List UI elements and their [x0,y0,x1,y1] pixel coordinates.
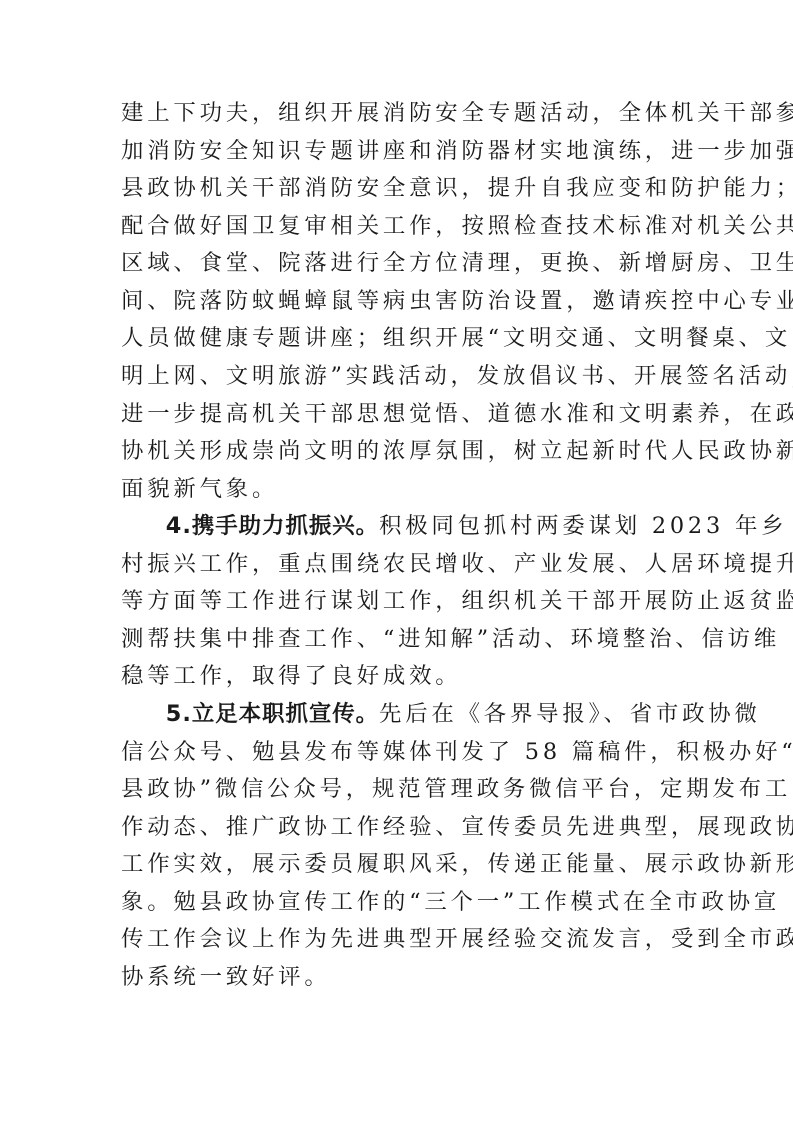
text-line: 面貌新气象。 [121,471,673,509]
text-line: 传工作会议上作为先进典型开展经验交流发言，受到全市政 [121,921,673,959]
text-line: 4.携手助力抓振兴。积极同包抓村两委谋划 2023 年乡 [121,508,673,546]
text-line: 协机关形成崇尚文明的浓厚氛围，树立起新时代人民政协新 [121,433,673,471]
text-line: 明上网、文明旅游”实践活动，发放倡议书、开展签名活动， [121,358,673,396]
document-page: 建上下功夫，组织开展消防安全专题活动，全体机关干部参 加消防安全知识专题讲座和消… [121,95,673,997]
text-line: 人员做健康专题讲座；组织开展“文明交通、文明餐桌、文 [121,320,673,358]
text-line: 区域、食堂、院落进行全方位清理，更换、新增厨房、卫生 [121,245,673,283]
text-line: 建上下功夫，组织开展消防安全专题活动，全体机关干部参 [121,95,673,133]
item-heading: 5.立足本职抓宣传。 [166,701,379,727]
paragraph-continuation: 建上下功夫，组织开展消防安全专题活动，全体机关干部参 加消防安全知识专题讲座和消… [121,95,673,508]
text-line: 配合做好国卫复审相关工作，按照检查技术标准对机关公共 [121,208,673,246]
text-line: 协系统一致好评。 [121,959,673,997]
text-line: 进一步提高机关干部思想觉悟、道德水准和文明素养，在政 [121,396,673,434]
text-line: 间、院落防蚊蝇蟑鼠等病虫害防治设置，邀请疾控中心专业 [121,283,673,321]
text-line: 县政协”微信公众号，规范管理政务微信平台，定期发布工 [121,771,673,809]
text-line: 村振兴工作，重点围绕农民增收、产业发展、人居环境提升 [121,546,673,584]
text-line: 5.立足本职抓宣传。先后在《各界导报》、省市政协微 [121,696,673,734]
text-line: 工作实效，展示委员履职风采，传递正能量、展示政协新形 [121,846,673,884]
text-line: 作动态、推广政协工作经验、宣传委员先进典型，展现政协 [121,809,673,847]
text-line: 稳等工作，取得了良好成效。 [121,658,673,696]
paragraph-item-4: 4.携手助力抓振兴。积极同包抓村两委谋划 2023 年乡 村振兴工作，重点围绕农… [121,508,673,696]
text-line: 信公众号、勉县发布等媒体刊发了 58 篇稿件，积极办好“勉 [121,734,673,772]
item-heading: 4.携手助力抓振兴。 [166,513,379,539]
text-line: 等方面等工作进行谋划工作，组织机关干部开展防止返贫监 [121,583,673,621]
text-line: 象。勉县政协宣传工作的“三个一”工作模式在全市政协宣 [121,884,673,922]
text-line: 加消防安全知识专题讲座和消防器材实地演练，进一步加强 [121,133,673,171]
text-run: 积极同包抓村两委谋划 2023 年乡 [379,513,787,539]
text-line: 县政协机关干部消防安全意识，提升自我应变和防护能力； [121,170,673,208]
paragraph-item-5: 5.立足本职抓宣传。先后在《各界导报》、省市政协微 信公众号、勉县发布等媒体刊发… [121,696,673,997]
text-line: 测帮扶集中排查工作、“进知解”活动、环境整治、信访维 [121,621,673,659]
text-run: 先后在《各界导报》、省市政协微 [379,701,761,727]
